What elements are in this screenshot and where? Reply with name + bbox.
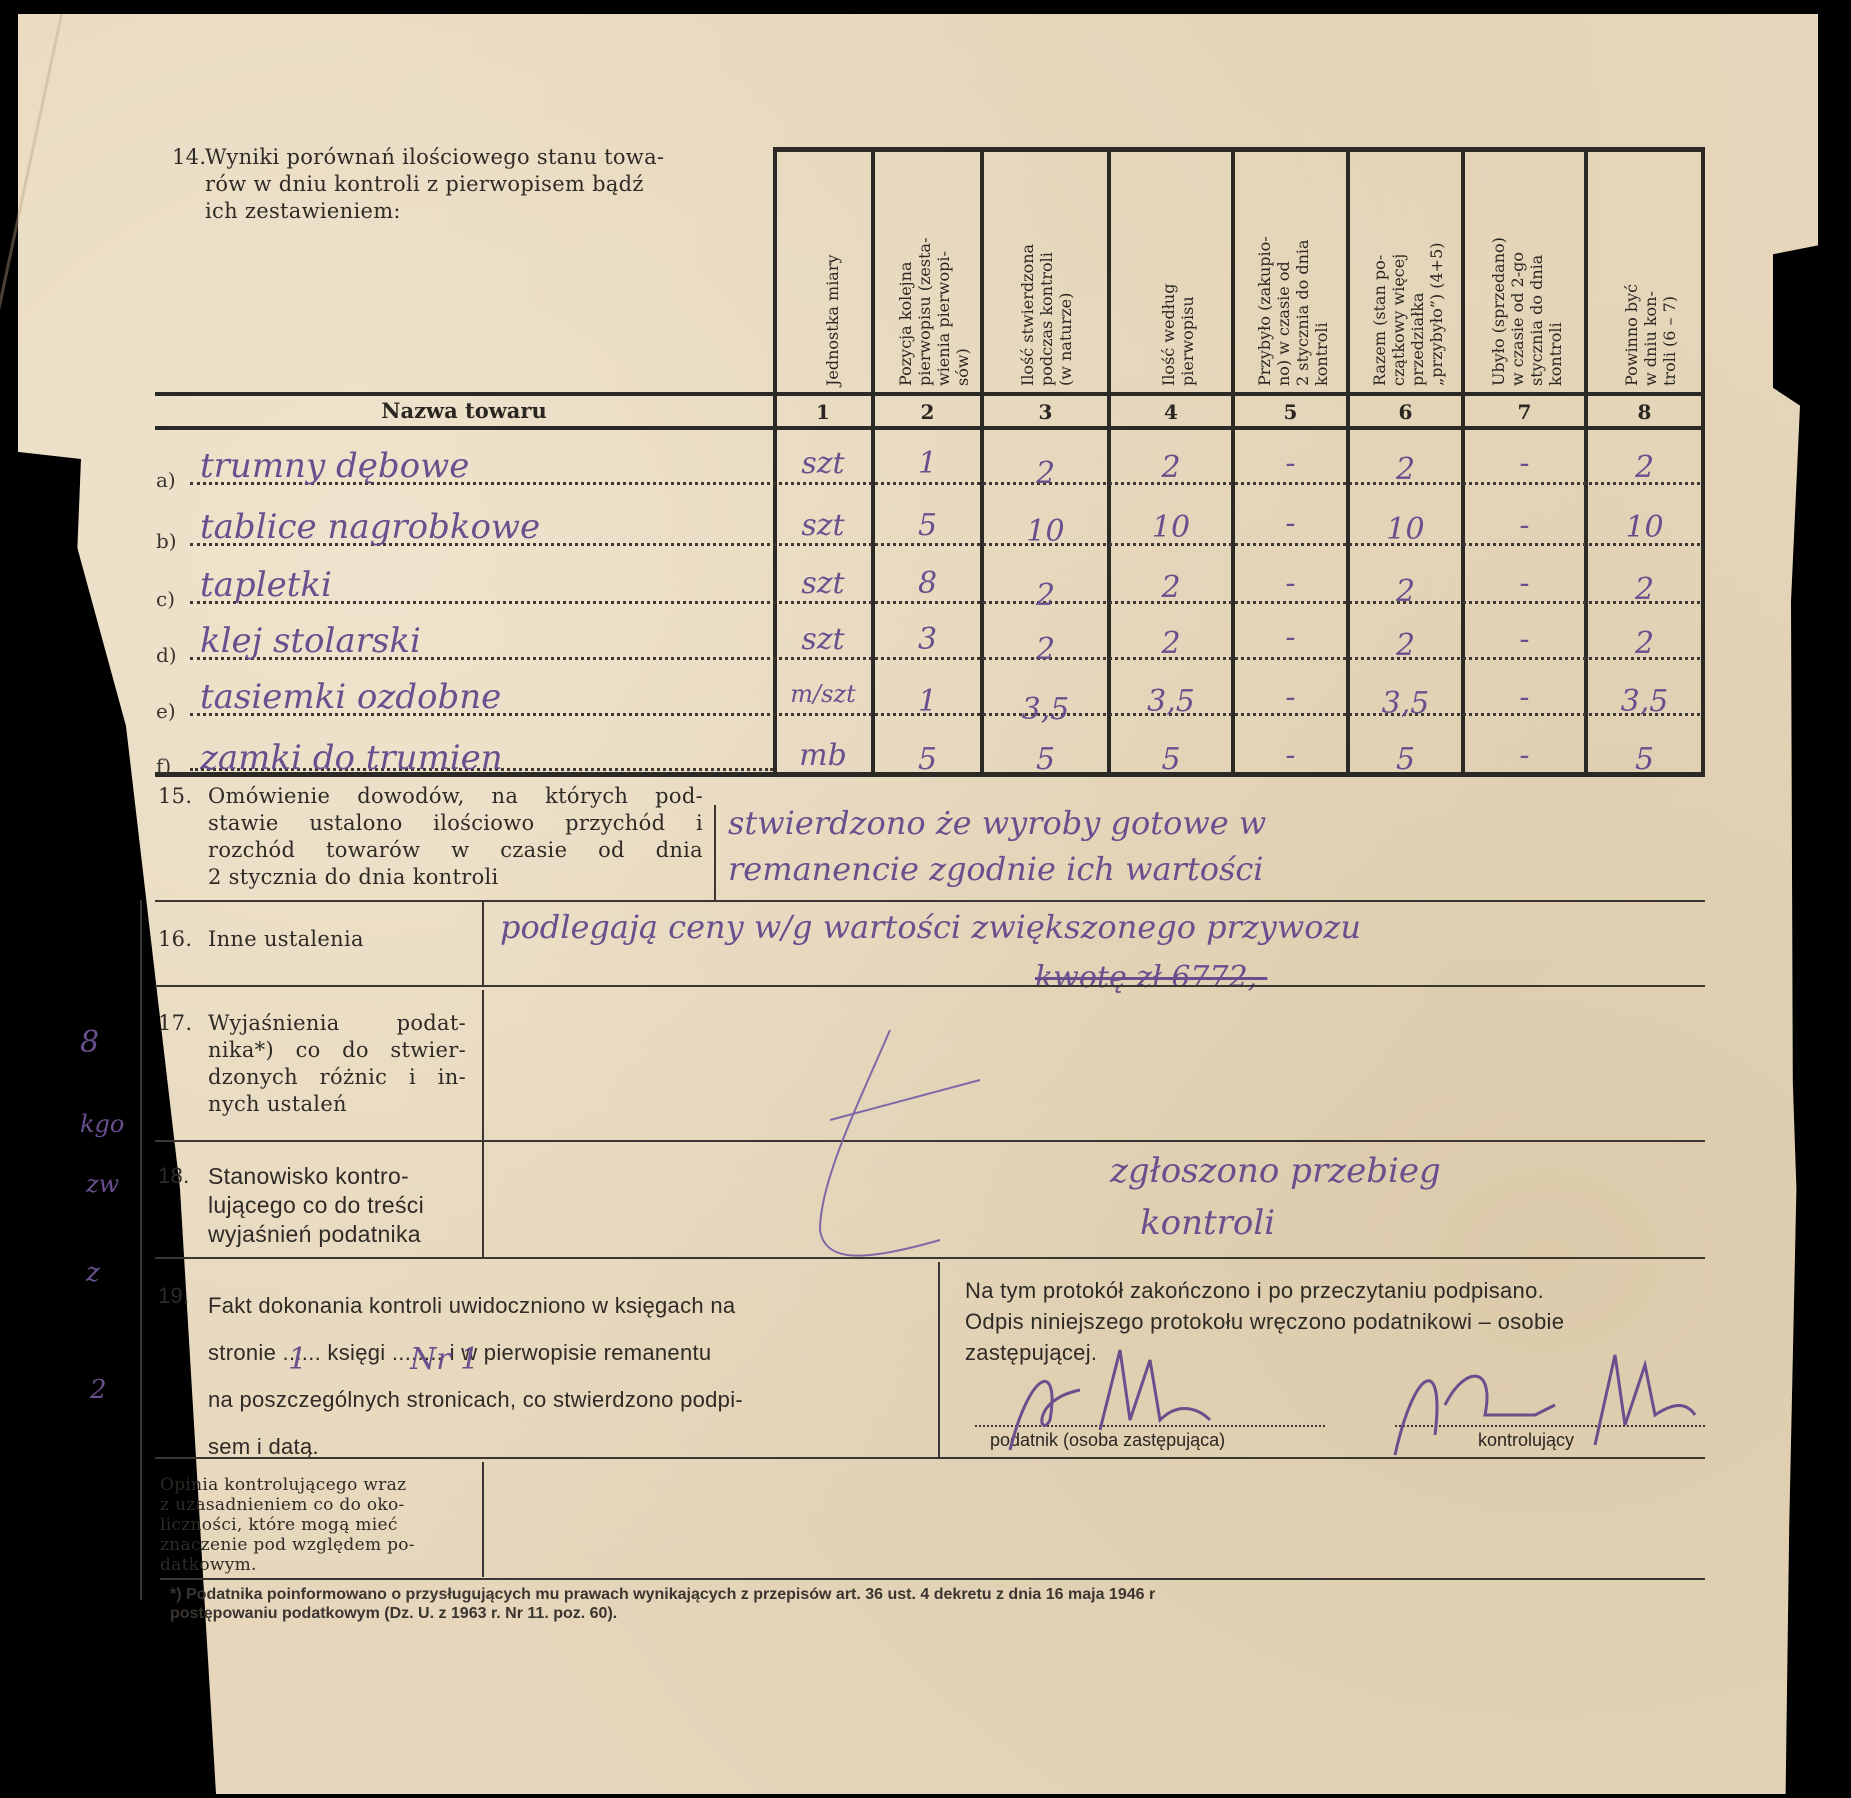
section-16-handwritten-1: podlegają ceny w/g wartości zwiększonego…	[500, 908, 1361, 946]
section-16-handwritten-2: kwotę zł 6772,-	[1035, 960, 1267, 995]
row-e-label: e)	[156, 699, 176, 723]
row-line-c	[190, 601, 1700, 604]
name-column-header: Nazwa towaru	[155, 398, 773, 423]
cell-f-8: 5	[1588, 742, 1701, 772]
cell-d-1: szt	[775, 622, 871, 657]
margin-note-2: kgo	[80, 1110, 124, 1138]
col-num-3: 3	[984, 400, 1107, 426]
section-19-book-handwritten: Nr 1	[410, 1342, 479, 1377]
cell-e-7: -	[1465, 680, 1584, 715]
margin-note-4: z	[86, 1258, 100, 1288]
sec19-bottom	[155, 1457, 1705, 1459]
col-header-3: Ilość stwierdzona podczas kontroli (w na…	[984, 150, 1107, 398]
row-d-name: klej stolarski	[200, 621, 421, 661]
cell-e-8: 3,5	[1588, 684, 1701, 719]
cell-f-4: 5	[1111, 742, 1231, 772]
cell-b-7: -	[1465, 508, 1584, 543]
cell-d-8: 2	[1588, 626, 1701, 661]
col-header-5: Przybyło (zakupio- no) w czasie od 2 sty…	[1235, 150, 1346, 398]
sec15-divider	[714, 805, 716, 900]
cell-c-4: 2	[1111, 570, 1231, 605]
col-num-1: 1	[775, 400, 871, 426]
cell-f-7: -	[1465, 738, 1584, 772]
taxpayer-signature	[990, 1340, 1320, 1460]
col-line-8	[1701, 152, 1705, 776]
cell-e-5: -	[1235, 680, 1346, 715]
row-c-label: c)	[156, 587, 175, 611]
cell-a-2: 1	[875, 446, 980, 481]
row-e-name: tasiemki ozdobne	[200, 677, 501, 717]
cell-f-5: -	[1235, 738, 1346, 772]
section-18-label: Stanowisko kontro- lującego co do treści…	[208, 1162, 466, 1249]
col-header-6: Razem (stan po- czątkowy więcej przedzia…	[1350, 150, 1461, 398]
cell-d-7: -	[1465, 622, 1584, 657]
row-b-name: tablice nagrobkowe	[200, 507, 540, 547]
header-bottom-line	[155, 426, 1705, 430]
cell-a-7: -	[1465, 446, 1584, 481]
sec19-divider	[938, 1262, 940, 1457]
sec16-bottom	[155, 985, 1705, 987]
col-header-2: Pozycja kolejna pierwopisu (zesta- wieni…	[875, 150, 980, 398]
section-15-handwritten: stwierdzono że wyroby gotowe w remanenci…	[728, 800, 1266, 892]
cell-d-6: 2	[1350, 628, 1461, 663]
cell-e-2: 1	[875, 684, 980, 719]
opinion-divider	[482, 1462, 484, 1577]
sec18-bottom	[155, 1257, 1705, 1259]
sec16-divider	[482, 900, 484, 985]
margin-note-1: 8	[80, 1025, 99, 1060]
table-bottom-border	[155, 772, 1705, 777]
cell-a-1: szt	[775, 446, 871, 481]
cell-e-4: 3,5	[1111, 684, 1231, 719]
cell-c-8: 2	[1588, 572, 1701, 607]
opinion-label: Opinia kontrolującego wraz z uzasadnieni…	[160, 1475, 465, 1575]
cell-f-3: 5	[984, 742, 1107, 772]
col-num-4: 4	[1111, 400, 1231, 426]
cell-e-1: m/szt	[775, 680, 871, 708]
col-num-7: 7	[1465, 400, 1584, 426]
pen-stroke-decoration	[800, 1030, 1200, 1280]
cell-b-5: -	[1235, 506, 1346, 541]
opinion-bottom	[160, 1578, 1705, 1580]
col-header-8: Powinno być w dniu kon- troli (6 – 7)	[1588, 150, 1701, 398]
section-19-page-handwritten: 1	[288, 1342, 307, 1377]
section-15-label: Omówienie dowodów, na których pod- stawi…	[208, 783, 703, 891]
cell-e-3: 3,5	[984, 692, 1107, 727]
section-16-number: 16.	[158, 926, 192, 953]
section-19-number: 19.	[158, 1282, 189, 1309]
form-left-border	[140, 900, 142, 1600]
col-header-4: Ilość według pierwopisu	[1111, 150, 1231, 398]
cell-c-5: -	[1235, 566, 1346, 601]
section-14-title: Wyniki porównań ilościowego stanu towa- …	[205, 144, 765, 225]
margin-note-5: 2	[90, 1375, 107, 1405]
cell-c-3: 2	[984, 578, 1107, 613]
cell-a-6: 2	[1350, 452, 1461, 487]
section-17-number: 17.	[158, 1010, 192, 1037]
cell-a-5: -	[1235, 446, 1346, 481]
col-num-8: 8	[1588, 400, 1701, 426]
cell-a-4: 2	[1111, 450, 1231, 485]
col-header-7: Ubyło (sprzedano) w czasie od 2-go stycz…	[1465, 150, 1584, 398]
section-14-number: 14.	[172, 144, 206, 171]
cell-d-4: 2	[1111, 626, 1231, 661]
inspector-signature	[1385, 1345, 1705, 1465]
row-c-name: tapletki	[200, 565, 332, 605]
cell-c-2: 8	[875, 566, 980, 601]
sec18-divider	[482, 1142, 484, 1257]
cell-f-1: mb	[775, 738, 871, 772]
cell-a-8: 2	[1588, 450, 1701, 485]
cell-e-6: 3,5	[1350, 686, 1461, 721]
cell-b-8: 10	[1588, 510, 1701, 545]
col-header-1: Jednostka miary	[775, 150, 871, 398]
sec17-divider	[482, 990, 484, 1140]
col-num-6: 6	[1350, 400, 1461, 426]
col-num-2: 2	[875, 400, 980, 426]
footnote: *) Podatnika poinformowano o przysługują…	[170, 1585, 1155, 1623]
cell-d-2: 3	[875, 622, 980, 657]
row-d-label: d)	[156, 643, 177, 667]
sec15-bottom	[155, 900, 1705, 902]
cell-c-7: -	[1465, 566, 1584, 601]
section-18-number: 18.	[158, 1162, 189, 1189]
row-f-label: f)	[156, 754, 171, 778]
cell-b-4: 10	[1111, 510, 1231, 545]
cell-b-1: szt	[775, 508, 871, 543]
cell-d-5: -	[1235, 620, 1346, 655]
cell-b-3: 10	[984, 514, 1107, 549]
cell-f-2: 5	[875, 742, 980, 772]
margin-note-3: zw	[86, 1170, 119, 1198]
row-a-name: trumny dębowe	[200, 446, 469, 486]
cell-b-6: 10	[1350, 512, 1461, 547]
row-f-name: zamki do trumien	[200, 738, 503, 770]
section-17-label: Wyjaśnienia podat- nika*) co do stwier- …	[208, 1010, 466, 1118]
cell-f-6: 5	[1350, 742, 1461, 772]
row-b-label: b)	[156, 529, 177, 553]
col-num-5: 5	[1235, 400, 1346, 426]
cell-c-6: 2	[1350, 574, 1461, 609]
row-a-label: a)	[156, 468, 176, 492]
cell-a-3: 2	[984, 456, 1107, 491]
section-15-number: 15.	[158, 783, 192, 810]
cell-c-1: szt	[775, 566, 871, 601]
section-16-label: Inne ustalenia	[208, 926, 364, 953]
section-19-label: Fakt dokonania kontroli uwidoczniono w k…	[208, 1282, 898, 1470]
cell-d-3: 2	[984, 632, 1107, 667]
cell-b-2: 5	[875, 508, 980, 543]
